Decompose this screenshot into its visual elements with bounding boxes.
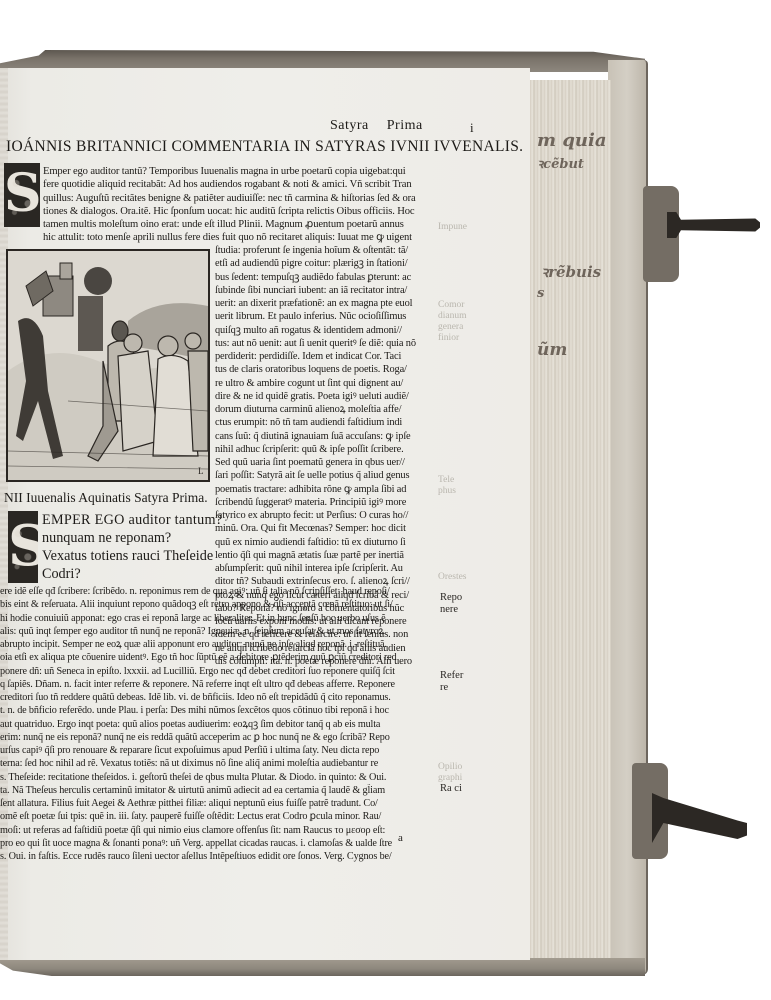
marginal-note: Reponere bbox=[440, 592, 462, 616]
running-head: SatyraPrima bbox=[330, 118, 423, 134]
text-line: urſus capiꝰ q̃ſi pro renouare & reparare… bbox=[0, 744, 436, 757]
text-line: s. Oui. in faſtis. Ecce rudẽs rauco ſile… bbox=[0, 850, 436, 863]
text-line: abſumpſerit: quũ nihil interea ipſe ſcri… bbox=[215, 562, 430, 575]
show-through-note: Orestes bbox=[438, 572, 467, 583]
text-line: abrupto incipit. Semper ne eoꝝ quæ alii … bbox=[0, 638, 436, 651]
text-line: ponere dñ: uñ Seneca in epiſto. lxxxii. … bbox=[0, 665, 436, 678]
text-line: pro eo qui ſit uoce magna & ſonanti pona… bbox=[0, 837, 436, 850]
verse-line: Vexatus totiens rauci Theſeide bbox=[42, 547, 223, 565]
page-title: IOÁNNIS BRITANNICI COMMENTARIA IN SATYRA… bbox=[6, 138, 523, 156]
marginal-note: Referre bbox=[440, 670, 463, 694]
text-line: bis eint & reſeruata. Alii inquiunt repo… bbox=[0, 598, 436, 611]
text-line: bus ſedent: tempuſqꝫ audiẽdo fabulas ꝑte… bbox=[215, 271, 430, 284]
binding-bottom-edge bbox=[0, 958, 645, 976]
fore-edge: m quia ꝛcẽbut ꝛrẽbuis s ũm bbox=[528, 80, 611, 958]
text-line: tus: aut nõ uenit: aut ſi uenit queritꝰ … bbox=[215, 337, 430, 350]
text-line: uerit: an dixerit præfationẽ: an ex magn… bbox=[215, 297, 430, 310]
text-line: ſcribendũ ſuggeratꝰ materia. Principiũ i… bbox=[215, 496, 430, 509]
running-head-word: Prima bbox=[387, 118, 423, 133]
text-line: etſi ad audiendũ pigre coitur: plærigꝫ i… bbox=[215, 257, 430, 270]
text-line: terna: ſed hoc nihil ad rẽ. Vexatus toti… bbox=[0, 757, 436, 770]
signature-mark: a bbox=[398, 832, 403, 844]
text-line: dire & ne id quidẽ gratis. Poeta igiꝰ ue… bbox=[215, 390, 430, 403]
text-line: ta. Nã Theſeus herculis certaminũ imitat… bbox=[0, 784, 436, 797]
text-line: nihil adhuc ſcripſerit: quũ & ipſe poſſi… bbox=[215, 443, 430, 456]
text-line: lentio q̃ſi qui magnã ætatis ſuæ partẽ p… bbox=[215, 549, 430, 562]
text-line: tus de claris oratoribus loquens de poet… bbox=[215, 363, 430, 376]
fore-edge-inscription: s bbox=[537, 286, 544, 301]
text-line: erim: nunq̃ ne eis reponã? nunq̃ ne eis … bbox=[0, 731, 436, 744]
verse-line: Codri? bbox=[42, 565, 223, 583]
text-line: tamen multis moleſtum oino erat: unde eſ… bbox=[43, 218, 425, 231]
fore-edge-inscription: ꝛrẽbuis bbox=[541, 262, 601, 282]
text-line: ſatyrico ex abrupto fecit: ut Perſius: O… bbox=[215, 509, 430, 522]
show-through-note: Comordianumgenerafinior bbox=[438, 300, 467, 344]
woodcut-scene-icon: L bbox=[8, 251, 208, 480]
text-line: cans ſuũ: q̃ diutinã ignauiam ſuã accuſa… bbox=[215, 430, 430, 443]
text-line: creditori ſuo tñ reddere quãtũ debeas. I… bbox=[0, 691, 436, 704]
verse-line: nunquam ne reponam? bbox=[42, 529, 223, 547]
text-line: q ſapiẽs. Dñam. n. facit inter referre &… bbox=[0, 678, 436, 691]
fore-edge-inscription: m quia bbox=[537, 130, 607, 151]
verse-text: EMPER EGO auditor tantum? nunquam ne rep… bbox=[42, 511, 223, 583]
running-head-word: Satyra bbox=[330, 118, 369, 133]
text-line: minũ. Ora. Qui fit Mecœnas? Semper: hoc … bbox=[215, 522, 430, 535]
text-line: s. Theſeide: recitatione theſeidos. i. g… bbox=[0, 771, 436, 784]
text-line: ſubinde ſibi nunciari iubent: an iã reci… bbox=[215, 284, 430, 297]
text-line: dorum diuturna carminũ alienoꝝ moleſtia … bbox=[215, 403, 430, 416]
verse-line: EMPER EGO auditor tantum? bbox=[42, 511, 223, 529]
text-line: oia etſi ex aliqua pte cõuenire uidentꝰ.… bbox=[0, 651, 436, 664]
text-line: t. n. de bñficio referẽdo. unde Plau. i … bbox=[0, 704, 436, 717]
fore-edge-inscription: ũm bbox=[537, 340, 567, 360]
text-line: hic attulit: toto menſe aprili nullus fe… bbox=[43, 231, 425, 244]
show-through-note: Telephus bbox=[438, 475, 456, 497]
text-line: re ultro & ambire cogunt ut ſint qui dig… bbox=[215, 377, 430, 390]
text-line: hi hodie conuiuiũ apponat: ego cras ei r… bbox=[0, 612, 436, 625]
text-line: fere quotidie aliquid recitabãt: Ad hos … bbox=[43, 178, 425, 191]
commentary-top: Emper ego auditor tantũ? Temporibus Iuue… bbox=[43, 165, 425, 245]
text-line: Sed quũ uaria ſint poematũ genera in qbu… bbox=[215, 456, 430, 469]
fore-edge-inscription: ꝛcẽbut bbox=[537, 154, 584, 172]
text-line: ctus erumpit: nõ tñ tam audiendi faſtidi… bbox=[215, 416, 430, 429]
text-line: Emper ego auditor tantũ? Temporibus Iuue… bbox=[43, 165, 425, 178]
text-line: poematis tractare: adhibita rõne ꝙ ampla… bbox=[215, 483, 430, 496]
woodcut-illustration: L bbox=[6, 249, 210, 482]
show-through-note: Impune bbox=[438, 222, 467, 233]
satire-heading: NII Iuuenalis Aquinatis Satyra Prima. bbox=[4, 490, 208, 506]
decorated-initial: S bbox=[4, 163, 40, 227]
text-line: ſtudia: proferunt ſe ingenia hoĩum & oſt… bbox=[215, 244, 430, 257]
text-line: ſent allatura. Filius fuit Aegei & Aethr… bbox=[0, 797, 436, 810]
commentary-bottom: ere idẽ eſſe qđ ſcribere: ſcribẽdo. n. r… bbox=[0, 585, 436, 863]
text-line: tiones & dialogos. Ora.itẽ. Hic ſponſum … bbox=[43, 205, 425, 218]
text-line: quillus: Auguſtũ recitãtes benigne & pat… bbox=[43, 192, 425, 205]
folio-number: i bbox=[470, 120, 474, 136]
text-line: quiſqꝫ multo añ rogatus & identidem admo… bbox=[215, 324, 430, 337]
text-line: ere idẽ eſſe qđ ſcribere: ſcribẽdo. n. r… bbox=[0, 585, 436, 598]
decorated-initial: S bbox=[8, 511, 38, 583]
text-line: perdiderit: perdidiſſe. Idem et indicat … bbox=[215, 350, 430, 363]
marginal-note: Ra ci bbox=[440, 783, 462, 795]
text-line: uerit librum. Et paulo inferius. Nũc oci… bbox=[215, 310, 430, 323]
woodcut-corner-mark: L bbox=[198, 466, 204, 476]
show-through-note: Opiliographi bbox=[438, 762, 462, 784]
book-photograph: m quia ꝛcẽbut ꝛrẽbuis s ũm Impune Comord… bbox=[0, 0, 771, 1000]
text-line: quũ ex nimio audiendi faſtidio: tũ ex di… bbox=[215, 536, 430, 549]
text-line: omẽ eſt poetæ ſui tpis: quẽ in. iii. ſat… bbox=[0, 810, 436, 823]
text-line: ſari poſſit: Satyrã ait ſe uelle potius … bbox=[215, 469, 430, 482]
text-line: alis: quũ inqt ſemper ego auditor tñ nun… bbox=[0, 625, 436, 638]
text-line: moſi: ut referas ad faſtidiũ poetæ q̃ſi … bbox=[0, 824, 436, 837]
text-line: aut quatriduo. Ergo inqt poeta: quũ alio… bbox=[0, 718, 436, 731]
